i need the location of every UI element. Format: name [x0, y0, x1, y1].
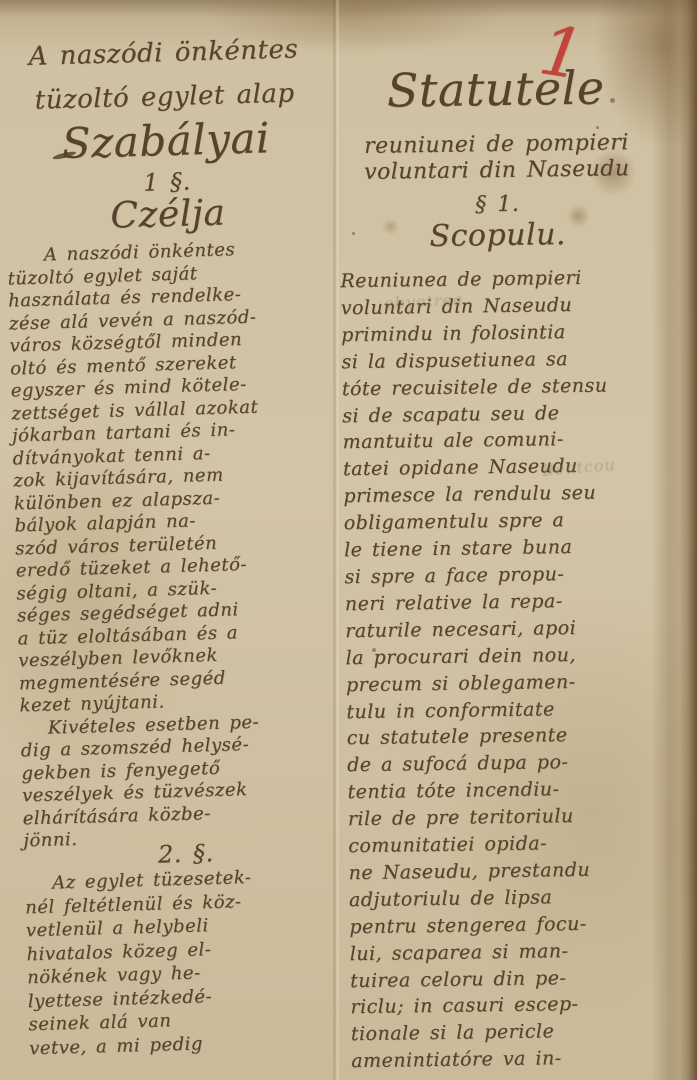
- left-paragraph-1: A naszódi önkéntestüzoltó egylet sajátha…: [7, 237, 348, 853]
- left-paragraph-2: Az egylet tüzesetek-nél feltétlenül és k…: [24, 863, 353, 1060]
- right-section1-title: Scopulu.: [340, 216, 656, 255]
- ink-speck: [610, 98, 615, 103]
- ink-speck: [596, 126, 599, 129]
- manuscript-page: 1 A naszódi önkéntes tüzoltó egylet alap…: [0, 0, 697, 1080]
- left-heading-line2: tüzoltó egylet alap: [2, 78, 327, 117]
- ink-speck: [372, 648, 376, 652]
- right-title: Statutele: [337, 62, 654, 116]
- right-column: Statutele reuniunei de pompierivoluntari…: [336, 0, 667, 1080]
- right-section1-mark: § 1.: [339, 190, 655, 219]
- subtitle-line: voluntari din Naseudu: [339, 156, 655, 186]
- ink-speck: [352, 232, 355, 235]
- left-heading-line1: A naszódi önkéntes: [1, 34, 326, 73]
- left-section1-title: Czélja: [5, 190, 330, 240]
- right-subtitle: reuniunei de pompierivoluntari din Naseu…: [338, 130, 655, 186]
- left-column: A naszódi önkéntes tüzoltó egylet alap S…: [0, 0, 354, 1080]
- manuscript-line: amenintiatóre va in-: [351, 1044, 667, 1075]
- right-paragraph-1: Reuniunea de pompierivoluntari din Naseu…: [340, 264, 667, 1076]
